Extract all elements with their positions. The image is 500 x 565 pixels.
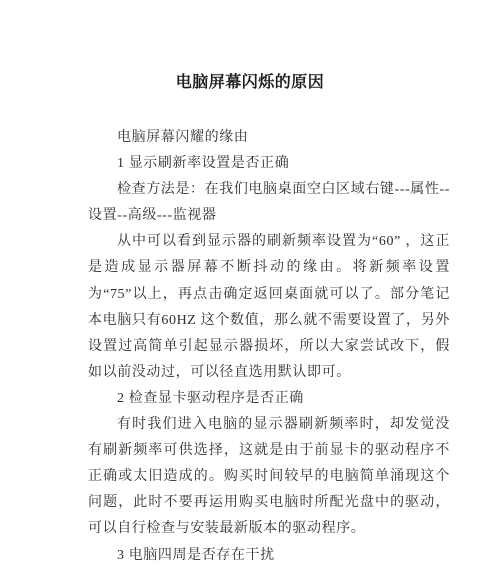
paragraph: 从中可以看到显示器的刷新频率设置为“60” ，这正是造成显示器屏幕不断抖动的缘由… — [88, 229, 450, 386]
paragraph: 3 电脑四周是否存在干扰 — [88, 543, 450, 565]
document-body: 电脑屏幕闪耀的缘由1 显示刷新率设置是否正确检查方法是：在我们电脑桌面空白区域右… — [88, 125, 450, 565]
paragraph: 有时我们进入电脑的显示器刷新频率时，却发觉没有刷新频率可供选择，这就是由于前显卡… — [88, 412, 450, 542]
paragraph: 2 检查显卡驱动程序是否正确 — [88, 386, 450, 412]
paragraph: 电脑屏幕闪耀的缘由 — [88, 125, 450, 151]
paragraph: 1 显示刷新率设置是否正确 — [88, 151, 450, 177]
document-page: 电脑屏幕闪烁的原因 电脑屏幕闪耀的缘由1 显示刷新率设置是否正确检查方法是：在我… — [0, 0, 500, 565]
document-title: 电脑屏幕闪烁的原因 — [0, 0, 500, 96]
paragraph: 检查方法是：在我们电脑桌面空白区域右键---属性--设置--高级---监视器 — [88, 177, 450, 229]
